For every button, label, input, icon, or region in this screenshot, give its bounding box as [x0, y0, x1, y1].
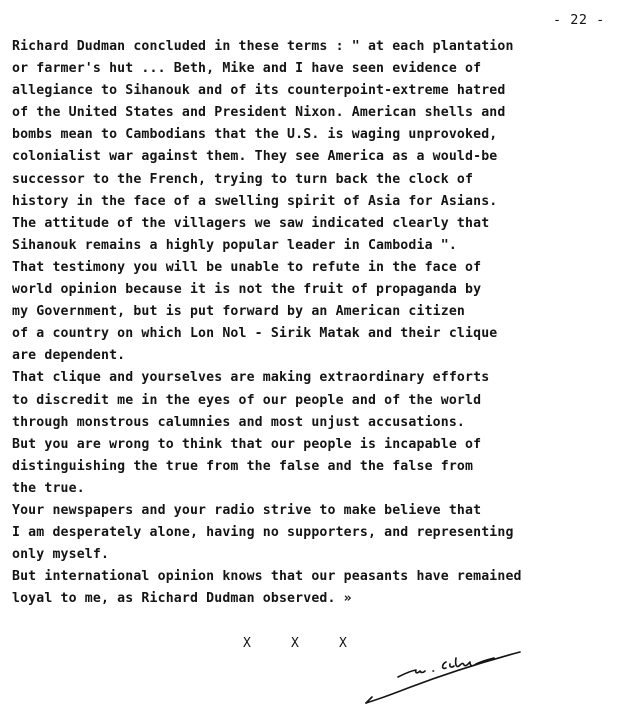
text-line: only myself. — [12, 544, 632, 566]
page-number: - 22 - — [553, 12, 605, 28]
text-line: Richard Dudman concluded in these terms … — [12, 36, 632, 58]
text-line: bombs mean to Cambodians that the U.S. i… — [12, 124, 632, 146]
text-line: Sihanouk remains a highly popular leader… — [12, 235, 632, 257]
text-line: colonialist war against them. They see A… — [12, 146, 632, 168]
text-line: through monstrous calumnies and most unj… — [12, 412, 632, 434]
text-line: the true. — [12, 478, 632, 500]
text-line: That clique and yourselves are making ex… — [12, 367, 632, 389]
letter-body: Richard Dudman concluded in these terms … — [12, 36, 632, 610]
text-line: Your newspapers and your radio strive to… — [12, 500, 632, 522]
text-line: allegiance to Sihanouk and of its counte… — [12, 80, 632, 102]
text-line: world opinion because it is not the frui… — [12, 279, 632, 301]
text-line: distinguishing the true from the false a… — [12, 456, 632, 478]
text-line: are dependent. — [12, 345, 632, 367]
text-line: of a country on which Lon Nol - Sirik Ma… — [12, 323, 632, 345]
text-line: That testimony you will be unable to ref… — [12, 257, 632, 279]
separator-mark: X — [291, 636, 339, 651]
text-line: to discredit me in the eyes of our peopl… — [12, 390, 632, 412]
text-line: The attitude of the villagers we saw ind… — [12, 213, 632, 235]
text-line: successor to the French, trying to turn … — [12, 169, 632, 191]
signature-icon — [360, 640, 530, 704]
separator-mark: X — [243, 636, 291, 651]
text-line: I am desperately alone, having no suppor… — [12, 522, 632, 544]
text-line: But international opinion knows that our… — [12, 566, 632, 588]
text-line: of the United States and President Nixon… — [12, 102, 632, 124]
text-line: But you are wrong to think that our peop… — [12, 434, 632, 456]
text-line: history in the face of a swelling spirit… — [12, 191, 632, 213]
text-line: or farmer's hut ... Beth, Mike and I hav… — [12, 58, 632, 80]
text-line: my Government, but is put forward by an … — [12, 301, 632, 323]
text-line: loyal to me, as Richard Dudman observed.… — [12, 588, 632, 610]
